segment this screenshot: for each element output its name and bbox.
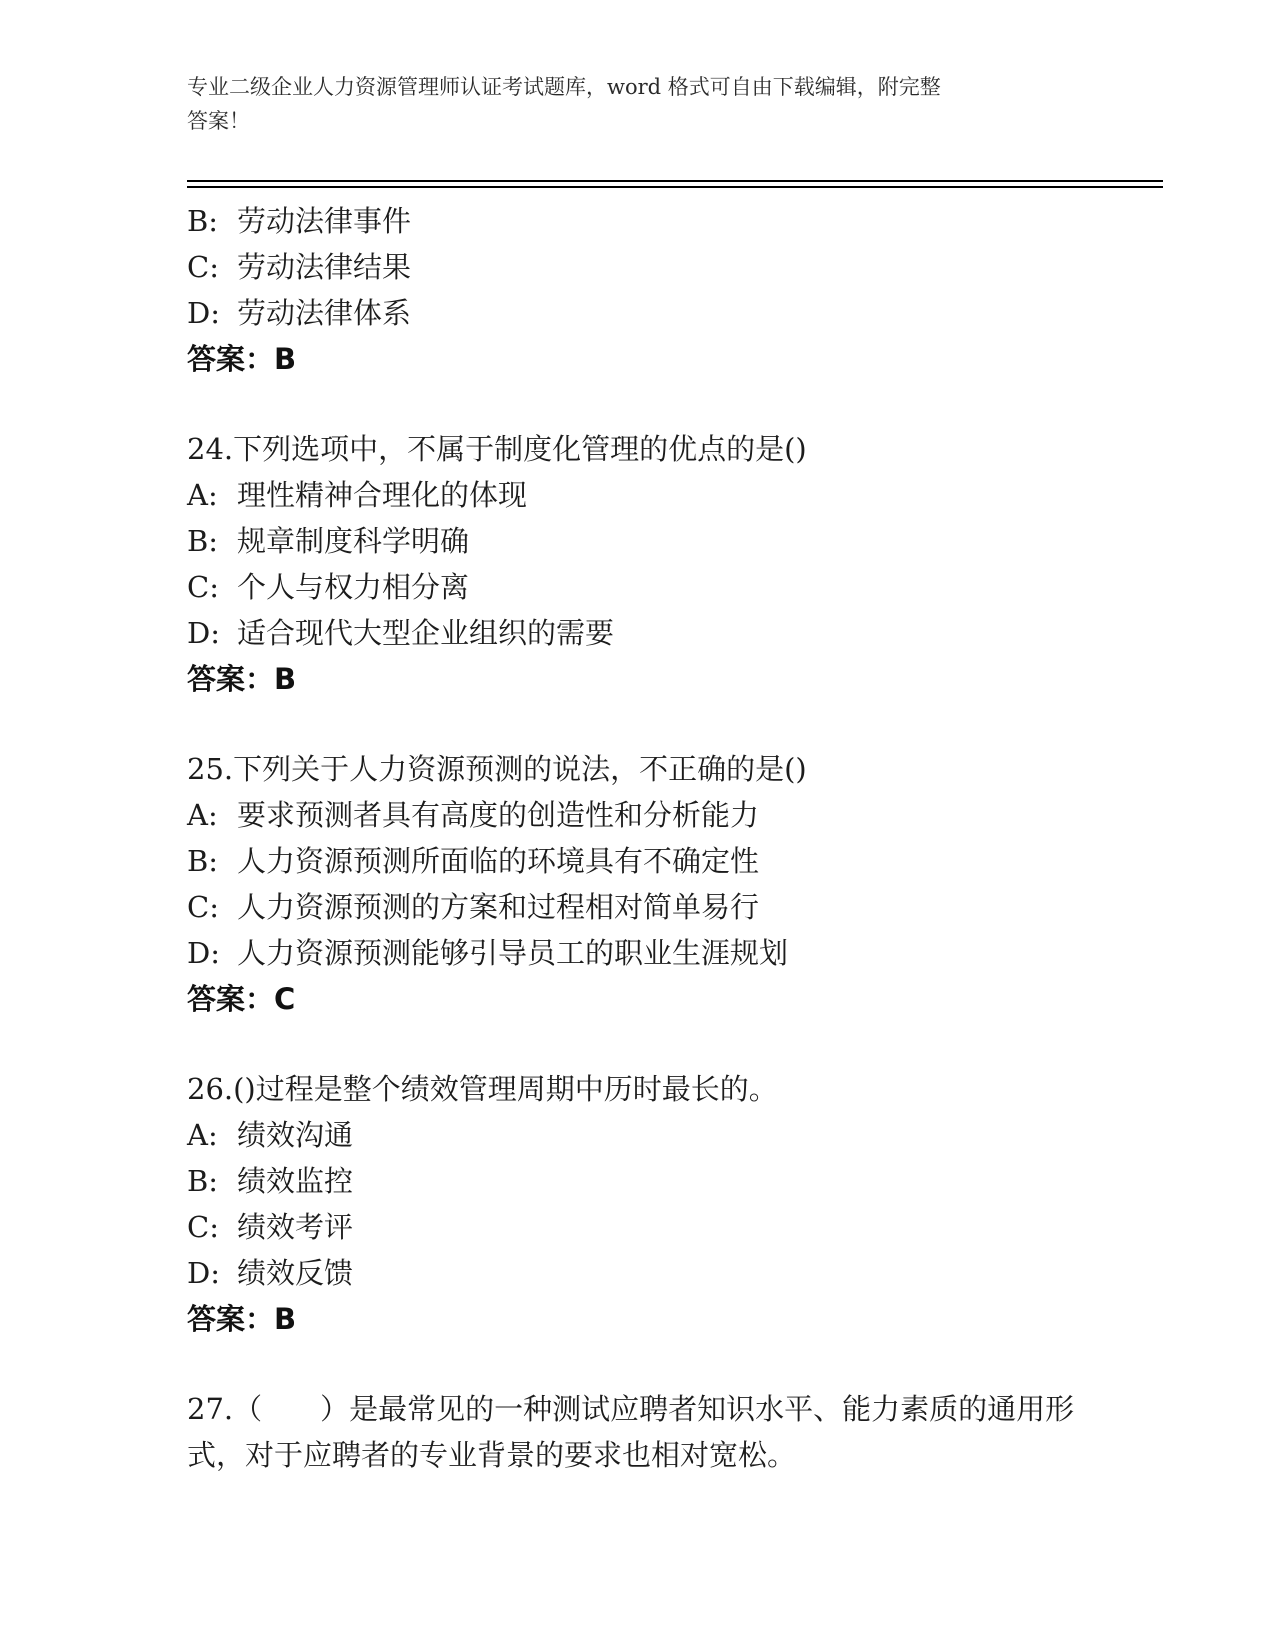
option-text: 绩效反馈 — [237, 1256, 353, 1290]
answer-prefix: 答案： — [187, 982, 274, 1016]
option-text: 劳动法律结果 — [237, 250, 411, 284]
option-text: 劳动法律体系 — [237, 296, 411, 330]
option-line: D:适合现代大型企业组织的需要 — [187, 610, 1163, 656]
option-line: C:个人与权力相分离 — [187, 564, 1163, 610]
answer-line: 答案：C — [187, 976, 1163, 1022]
option-label: C: — [187, 564, 237, 610]
option-text: 个人与权力相分离 — [237, 570, 469, 604]
option-line: D:绩效反馈 — [187, 1250, 1163, 1296]
header-double-rule — [187, 180, 1163, 188]
option-text: 劳动法律事件 — [237, 204, 411, 238]
document-page: 专业二级企业人力资源管理师认证考试题库，word 格式可自由下载编辑，附完整 答… — [0, 0, 1275, 1650]
option-label: D: — [187, 1250, 237, 1296]
option-label: D: — [187, 610, 237, 656]
option-text: 绩效考评 — [237, 1210, 353, 1244]
option-label: B: — [187, 1158, 237, 1204]
option-text: 人力资源预测能够引导员工的职业生涯规划 — [237, 936, 788, 970]
answer-value: B — [274, 662, 296, 696]
option-label: A: — [187, 1112, 237, 1158]
answer-value: C — [274, 982, 295, 1016]
option-line: B:人力资源预测所面临的环境具有不确定性 — [187, 838, 1163, 884]
option-line: C:劳动法律结果 — [187, 244, 1163, 290]
option-label: C: — [187, 244, 237, 290]
option-line: B:绩效监控 — [187, 1158, 1163, 1204]
question-stem-line: 26.()过程是整个绩效管理周期中历时最长的。 — [187, 1066, 1163, 1112]
option-line: D:人力资源预测能够引导员工的职业生涯规划 — [187, 930, 1163, 976]
question-stem-line: 25.下列关于人力资源预测的说法，不正确的是() — [187, 746, 1163, 792]
option-text: 绩效监控 — [237, 1164, 353, 1198]
option-text: 要求预测者具有高度的创造性和分析能力 — [237, 798, 759, 832]
option-line: C:人力资源预测的方案和过程相对简单易行 — [187, 884, 1163, 930]
option-line: B:规章制度科学明确 — [187, 518, 1163, 564]
question-stem-line: 式，对于应聘者的专业背景的要求也相对宽松。 — [187, 1432, 1163, 1478]
answer-line: 答案：B — [187, 1296, 1163, 1342]
header-text-line: 答案！ — [187, 104, 1163, 138]
question-block: 25.下列关于人力资源预测的说法，不正确的是()A:要求预测者具有高度的创造性和… — [187, 746, 1163, 1022]
question-stem-line: 27.（ ）是最常见的一种测试应聘者知识水平、能力素质的通用形 — [187, 1386, 1163, 1432]
answer-value: B — [274, 342, 296, 376]
option-label: A: — [187, 792, 237, 838]
answer-line: 答案：B — [187, 336, 1163, 382]
option-text: 绩效沟通 — [237, 1118, 353, 1152]
options-block: B:劳动法律事件C:劳动法律结果D:劳动法律体系答案：B — [187, 198, 1163, 382]
option-label: D: — [187, 930, 237, 976]
question-block: 27.（ ）是最常见的一种测试应聘者知识水平、能力素质的通用形式，对于应聘者的专… — [187, 1386, 1163, 1478]
option-text: 理性精神合理化的体现 — [237, 478, 527, 512]
answer-line: 答案：B — [187, 656, 1163, 702]
document-body: B:劳动法律事件C:劳动法律结果D:劳动法律体系答案：B24.下列选项中，不属于… — [0, 188, 1275, 1478]
answer-prefix: 答案： — [187, 662, 274, 696]
option-label: C: — [187, 884, 237, 930]
header-text-line: 专业二级企业人力资源管理师认证考试题库，word 格式可自由下载编辑，附完整 — [187, 70, 1163, 104]
option-label: D: — [187, 290, 237, 336]
option-text: 人力资源预测所面临的环境具有不确定性 — [237, 844, 759, 878]
option-label: B: — [187, 198, 237, 244]
option-line: A:绩效沟通 — [187, 1112, 1163, 1158]
answer-prefix: 答案： — [187, 342, 274, 376]
option-line: A:理性精神合理化的体现 — [187, 472, 1163, 518]
option-label: A: — [187, 472, 237, 518]
option-line: D:劳动法律体系 — [187, 290, 1163, 336]
question-block: 24.下列选项中，不属于制度化管理的优点的是()A:理性精神合理化的体现B:规章… — [187, 426, 1163, 702]
option-text: 适合现代大型企业组织的需要 — [237, 616, 614, 650]
question-stem-line: 24.下列选项中，不属于制度化管理的优点的是() — [187, 426, 1163, 472]
option-text: 规章制度科学明确 — [237, 524, 469, 558]
option-label: B: — [187, 838, 237, 884]
option-line: B:劳动法律事件 — [187, 198, 1163, 244]
option-text: 人力资源预测的方案和过程相对简单易行 — [237, 890, 759, 924]
option-line: A:要求预测者具有高度的创造性和分析能力 — [187, 792, 1163, 838]
option-label: C: — [187, 1204, 237, 1250]
question-block: 26.()过程是整个绩效管理周期中历时最长的。A:绩效沟通B:绩效监控C:绩效考… — [187, 1066, 1163, 1342]
option-line: C:绩效考评 — [187, 1204, 1163, 1250]
answer-value: B — [274, 1302, 296, 1336]
option-label: B: — [187, 518, 237, 564]
page-header: 专业二级企业人力资源管理师认证考试题库，word 格式可自由下载编辑，附完整 答… — [0, 0, 1275, 138]
answer-prefix: 答案： — [187, 1302, 274, 1336]
